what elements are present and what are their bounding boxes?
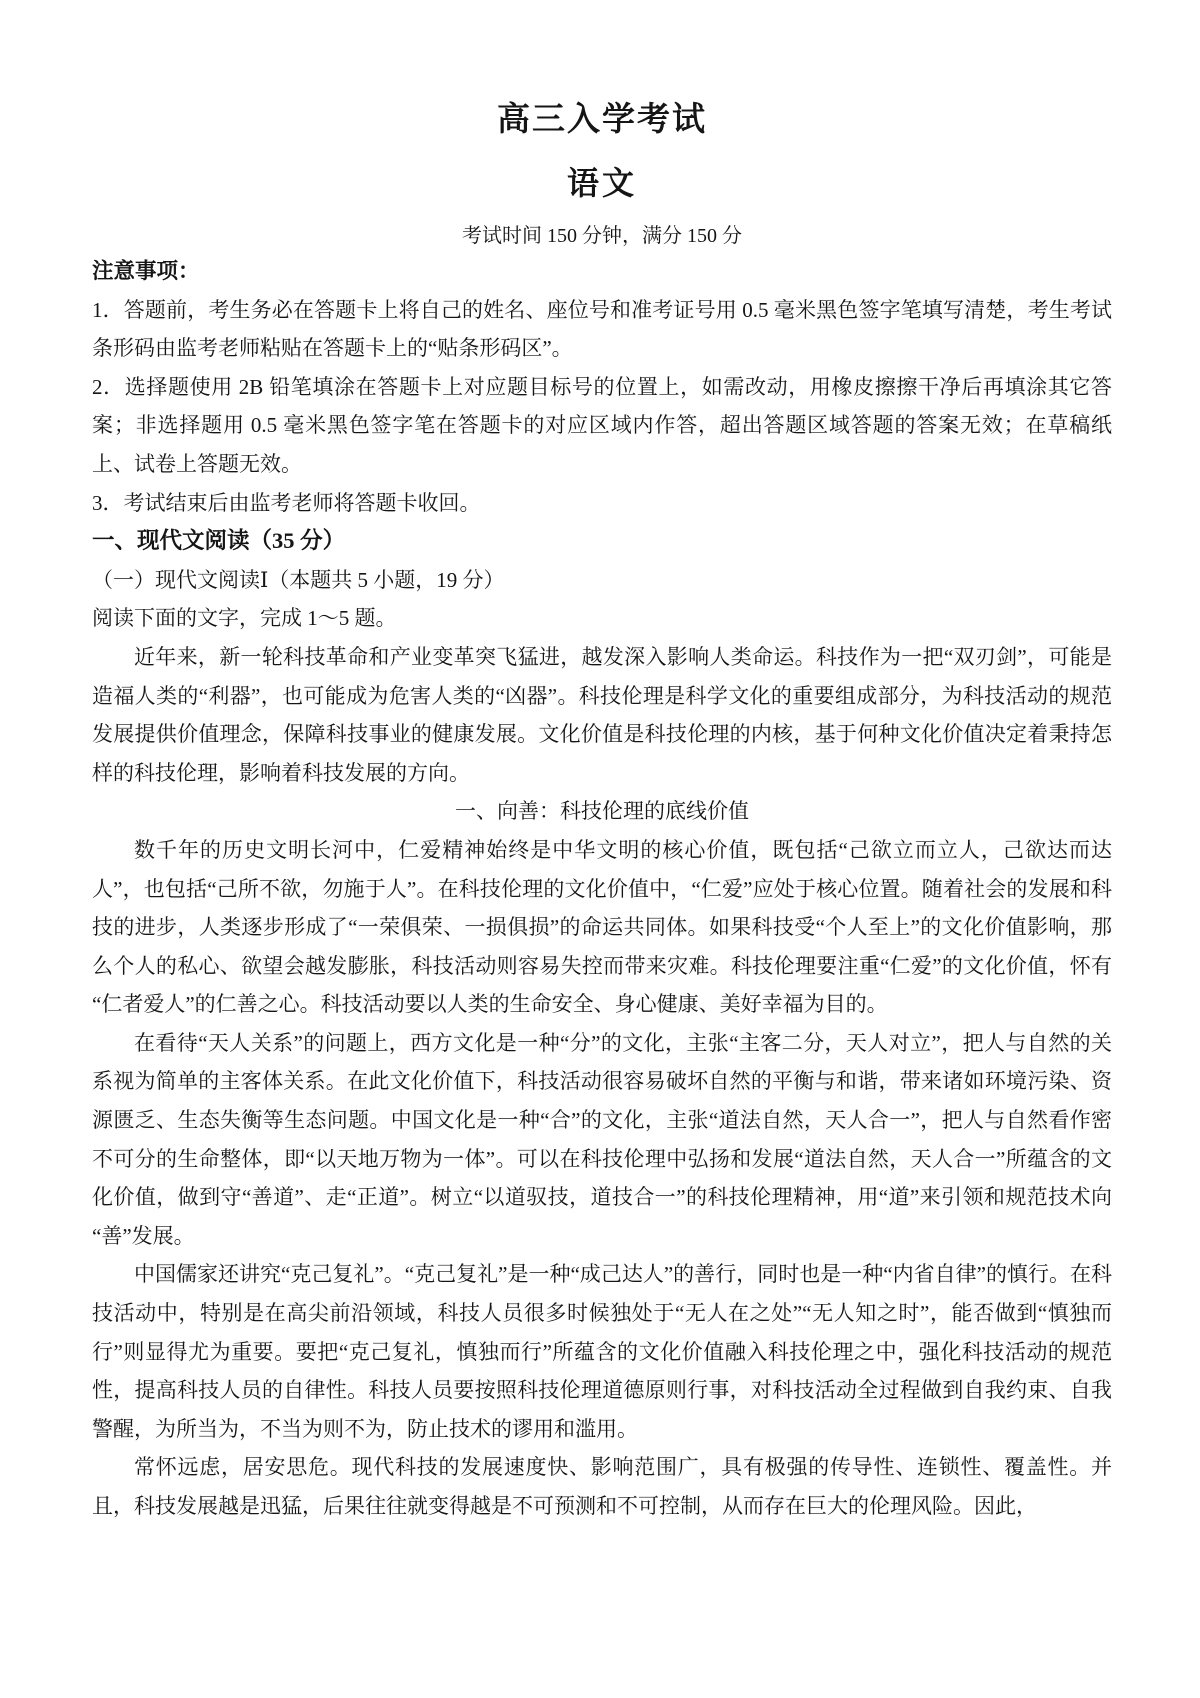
notice-item-1: 1．答题前，考生务必在答题卡上将自己的姓名、座位号和准考证号用 0.5 毫米黑色… [92, 291, 1112, 368]
notice-item-2: 2．选择题使用 2B 铅笔填涂在答题卡上对应题目标号的位置上，如需改动，用橡皮擦… [92, 368, 1112, 484]
reading-instruction: 阅读下面的文字，完成 1～5 题。 [92, 599, 1112, 638]
section-heading-modern-text-reading: 一、现代文阅读（35 分） [92, 522, 1112, 561]
passage-paragraph-1: 近年来，新一轮科技革命和产业变革突飞猛进，越发深入影响人类命运。科技作为一把“双… [92, 638, 1112, 792]
exam-body: 注意事项： 1．答题前，考生务必在答题卡上将自己的姓名、座位号和准考证号用 0.… [92, 252, 1112, 1526]
passage-paragraph-2: 数千年的历史文明长河中，仁爱精神始终是中华文明的核心价值，既包括“己欲立而立人，… [92, 831, 1112, 1024]
exam-title: 高三入学考试 [92, 100, 1112, 140]
passage-subtitle: 一、向善：科技伦理的底线价值 [92, 792, 1112, 831]
passage-paragraph-4: 中国儒家还讲究“克己复礼”。“克己复礼”是一种“成己达人”的善行，同时也是一种“… [92, 1255, 1112, 1448]
exam-time-info: 考试时间 150 分钟，满分 150 分 [92, 222, 1112, 250]
exam-paper-page: 高三入学考试 语文 考试时间 150 分钟，满分 150 分 注意事项： 1．答… [0, 0, 1200, 1698]
subsection-heading-reading-1: （一）现代文阅读Ⅰ（本题共 5 小题，19 分） [92, 561, 1112, 600]
passage-paragraph-3: 在看待“天人关系”的问题上，西方文化是一种“分”的文化，主张“主客二分，天人对立… [92, 1024, 1112, 1256]
notice-heading: 注意事项： [92, 252, 1112, 291]
exam-subject: 语文 [92, 164, 1112, 202]
notice-item-3: 3．考试结束后由监考老师将答题卡收回。 [92, 484, 1112, 523]
passage-paragraph-5: 常怀远虑，居安思危。现代科技的发展速度快、影响范围广，具有极强的传导性、连锁性、… [92, 1448, 1112, 1525]
